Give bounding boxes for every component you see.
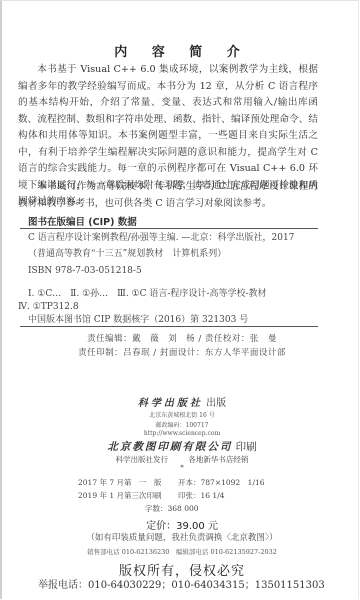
cip-record: 中国版本图书馆 CIP 数据核字（2016）第 321303 号 bbox=[28, 312, 248, 325]
spec-edition: 2017 年 7 月第 一 版 bbox=[78, 477, 162, 488]
copyright-page: 内 容 简 介 本书基于 Visual C++ 6.0 集成环境，以案例教学为主… bbox=[0, 0, 359, 599]
spec-format: 开本：787×1092 1/16 bbox=[178, 477, 265, 488]
publisher-name: 科学出版社 bbox=[138, 398, 203, 409]
cip-classification-2: Ⅳ. ①TP312.8 bbox=[18, 302, 79, 312]
publisher-action: 出版 bbox=[206, 398, 226, 409]
publisher-postcode: 邮政编码：100717 bbox=[2, 420, 360, 429]
cip-line-1: C 语言程序设计案例教程/孙强等主编. —北京：科学出版社，2017 bbox=[28, 230, 294, 243]
cip-classification-1: Ⅰ. ①C… Ⅱ. ①孙… Ⅲ. ①C 语言-程序设计-高等学校-教材 bbox=[28, 286, 266, 299]
price: 定价：39.00 元 bbox=[2, 517, 360, 532]
quality-notice: （如有印装质量问题，我社负责调换〈北京教图〉） bbox=[2, 531, 360, 543]
cip-line-2: （普通高等教育“十三五”规划教材 计算机系列） bbox=[28, 246, 226, 259]
printer-action: 印刷 bbox=[236, 441, 257, 453]
cip-isbn: ISBN 978-7-03-051218-5 bbox=[28, 266, 142, 276]
spec-sheets: 印张：16 1/4 bbox=[178, 490, 225, 501]
spec-words: 字数：368 000 bbox=[145, 503, 199, 514]
staff-line-1: 责任编辑：戴 薇 刘 杨 / 责任校对：张 曼 bbox=[2, 332, 360, 344]
summary-title: 内 容 简 介 bbox=[2, 41, 360, 60]
cip-heading: 图书在版编目 (CIP) 数据 bbox=[28, 214, 137, 228]
spec-printing: 2019 年 1 月第三次印刷 bbox=[78, 490, 162, 501]
printer-name: 北京教图印刷有限公司 bbox=[107, 441, 232, 453]
separator-mark: * bbox=[2, 464, 360, 472]
cip-bottom-rule bbox=[20, 326, 318, 327]
summary-paragraph-2: 本书既可作为高等院校本、专科学生学习 C 语言程序设计课程的教材和教学参考书，也… bbox=[18, 179, 318, 212]
publisher-address: 北京东黄城根北街 16 号 bbox=[2, 410, 360, 419]
department-phones: 销售部电话 010-62136230 编辑部电话 010-62135927-20… bbox=[2, 547, 360, 556]
report-phones: 举报电话：010-64030229；010-64034315；135011513… bbox=[38, 576, 325, 591]
printer-line: 北京教图印刷有限公司 印刷 bbox=[2, 439, 360, 454]
cip-top-rule bbox=[20, 228, 318, 229]
publisher-line: 科学出版社 出版 bbox=[2, 394, 360, 409]
staff-line-2: 责任印制：吕春珉 / 封面设计：东方人华平面设计部 bbox=[2, 346, 360, 358]
publisher-website: http://www.sciencep.com bbox=[2, 430, 360, 437]
